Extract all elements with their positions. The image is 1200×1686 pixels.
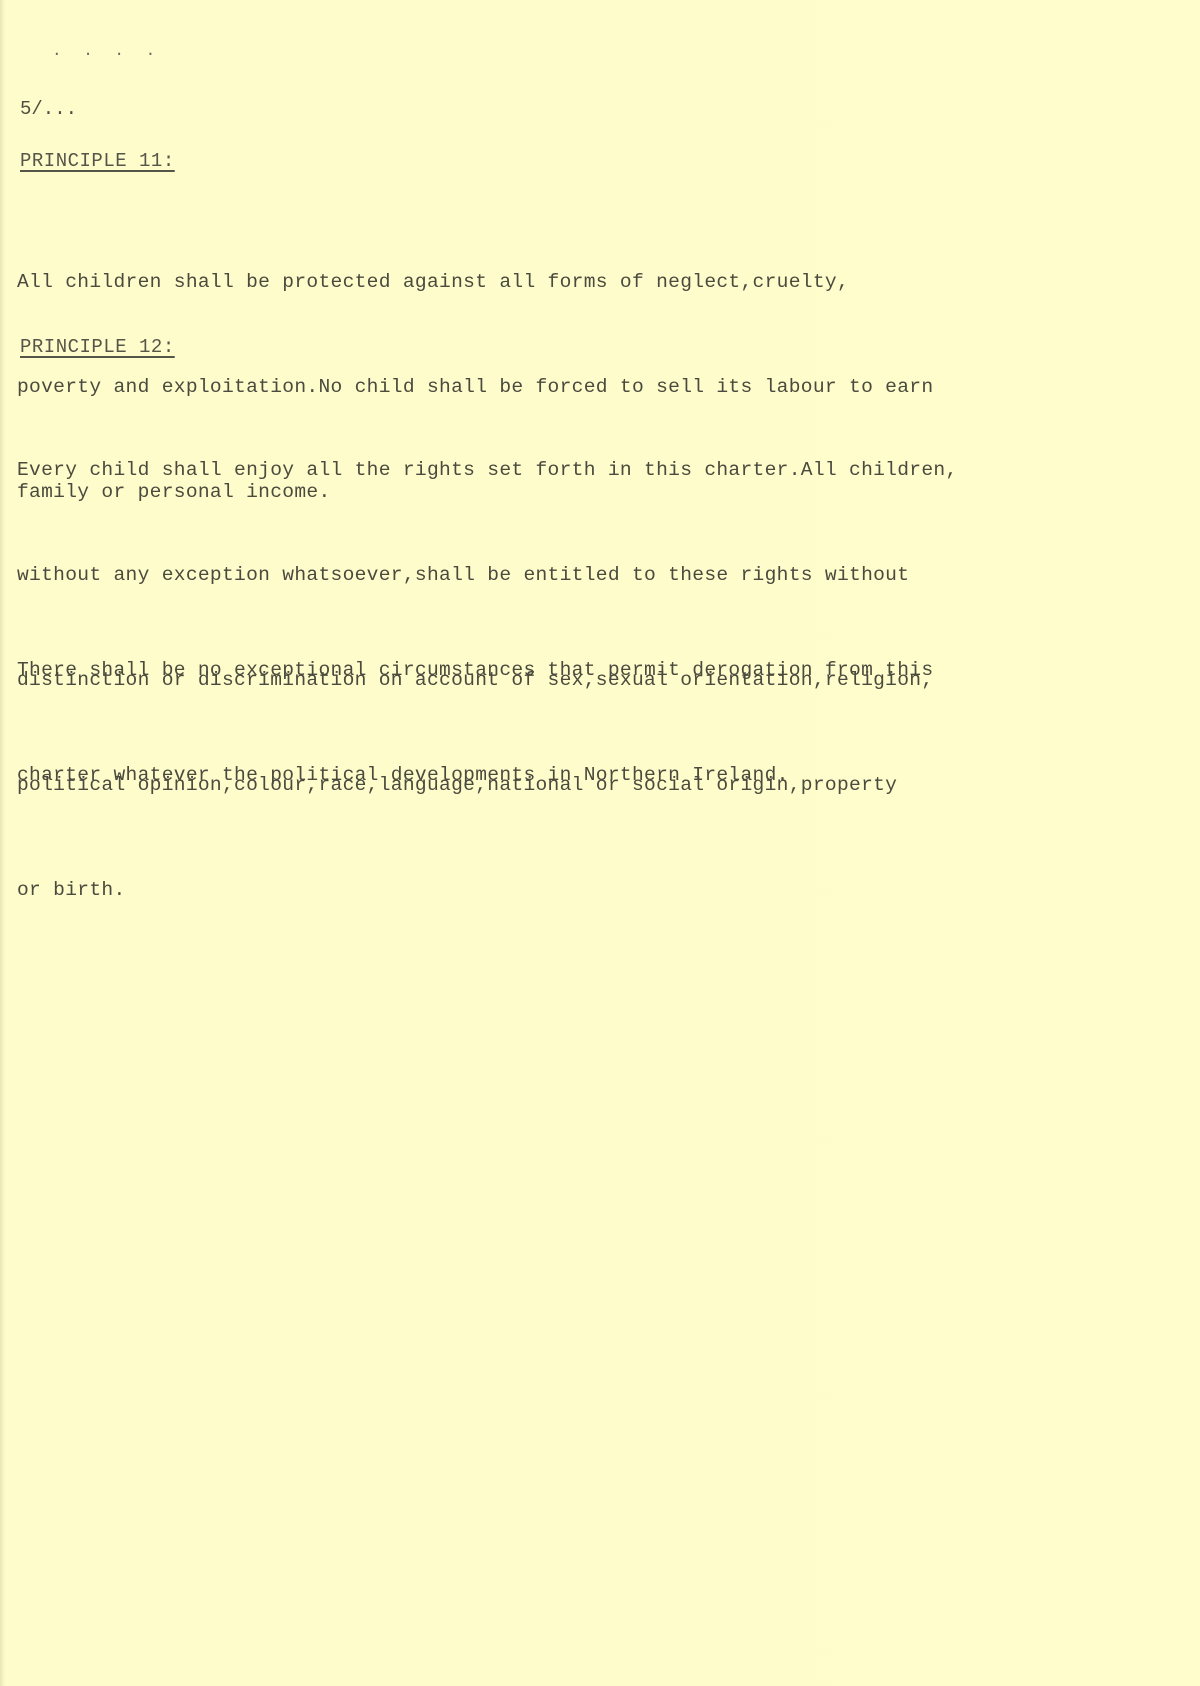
principle-11-heading: PRINCIPLE 11: <box>20 150 175 172</box>
text-line: There shall be no exceptional circumstan… <box>17 653 933 688</box>
principle-12-paragraph-2: There shall be no exceptional circumstan… <box>17 583 933 863</box>
text-line: Every child shall enjoy all the rights s… <box>17 453 958 488</box>
text-line: charter whatever the political developme… <box>17 758 933 793</box>
page-reference: 5/... <box>20 98 77 120</box>
document-page: . . . . 5/... PRINCIPLE 11: All children… <box>0 0 1200 1686</box>
top-mark: . . . . <box>52 42 161 60</box>
principle-12-heading: PRINCIPLE 12: <box>20 336 175 358</box>
text-line: or birth. <box>17 873 958 908</box>
text-line: All children shall be protected against … <box>17 265 933 300</box>
